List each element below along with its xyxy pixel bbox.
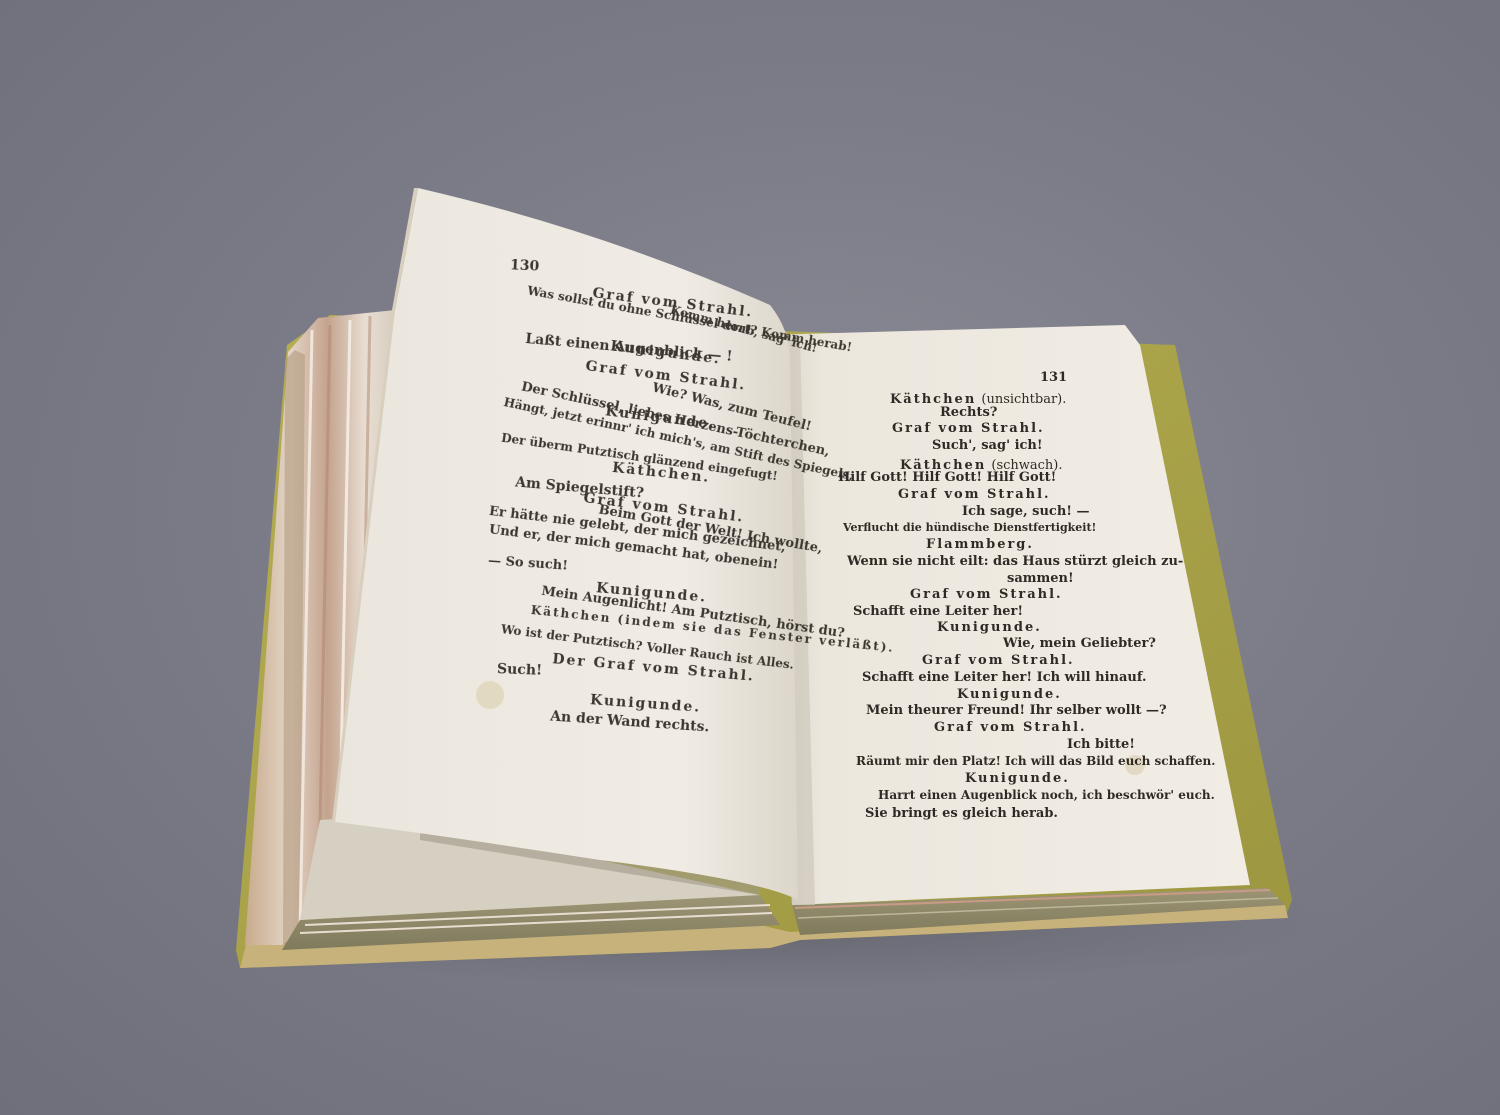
speaker-line: Graf vom Strahl. <box>898 487 1051 502</box>
verse-line: Hilf Gott! Hilf Gott! Hilf Gott! <box>838 470 1056 485</box>
verse-line: Ich sage, such! — <box>962 504 1090 519</box>
speaker-line: Graf vom Strahl. <box>922 653 1075 668</box>
speaker-line: Kunigunde. <box>965 771 1070 786</box>
page-number-right: 131 <box>1040 370 1067 385</box>
speaker-line: Graf vom Strahl. <box>910 587 1063 602</box>
speaker-line: Graf vom Strahl. <box>934 720 1087 735</box>
verse-line: Mein theurer Freund! Ihr selber wollt —? <box>866 703 1167 718</box>
verse-line: Sie bringt es gleich herab. <box>865 806 1058 821</box>
verse-line: Harrt einen Augenblick noch, ich beschwö… <box>878 788 1215 802</box>
speaker-line: Kunigunde. <box>937 620 1042 635</box>
verse-line: Such', sag' ich! <box>932 438 1043 453</box>
speaker-line: Kunigunde. <box>957 687 1062 702</box>
page-number-left: 130 <box>510 257 540 275</box>
verse-line: Wie, mein Geliebter? <box>1003 636 1156 651</box>
verse-line: sammen! <box>1007 571 1074 586</box>
verse-line: Schafft eine Leiter her! Ich will hinauf… <box>862 670 1147 685</box>
verse-line: Ich bitte! <box>1067 737 1135 752</box>
verse-line: Rechts? <box>940 405 997 420</box>
speaker-line: Graf vom Strahl. <box>892 421 1045 436</box>
speaker-line: Flammberg. <box>926 537 1034 552</box>
verse-line: Verflucht die hündische Dienstfertigkeit… <box>843 521 1096 534</box>
verse-line: Schafft eine Leiter her! <box>853 604 1023 619</box>
verse-line: Räumt mir den Platz! Ich will das Bild e… <box>856 754 1215 768</box>
verse-line: Wenn sie nicht eilt: das Haus stürzt gle… <box>847 554 1183 569</box>
verse-line: Such! <box>497 661 543 679</box>
